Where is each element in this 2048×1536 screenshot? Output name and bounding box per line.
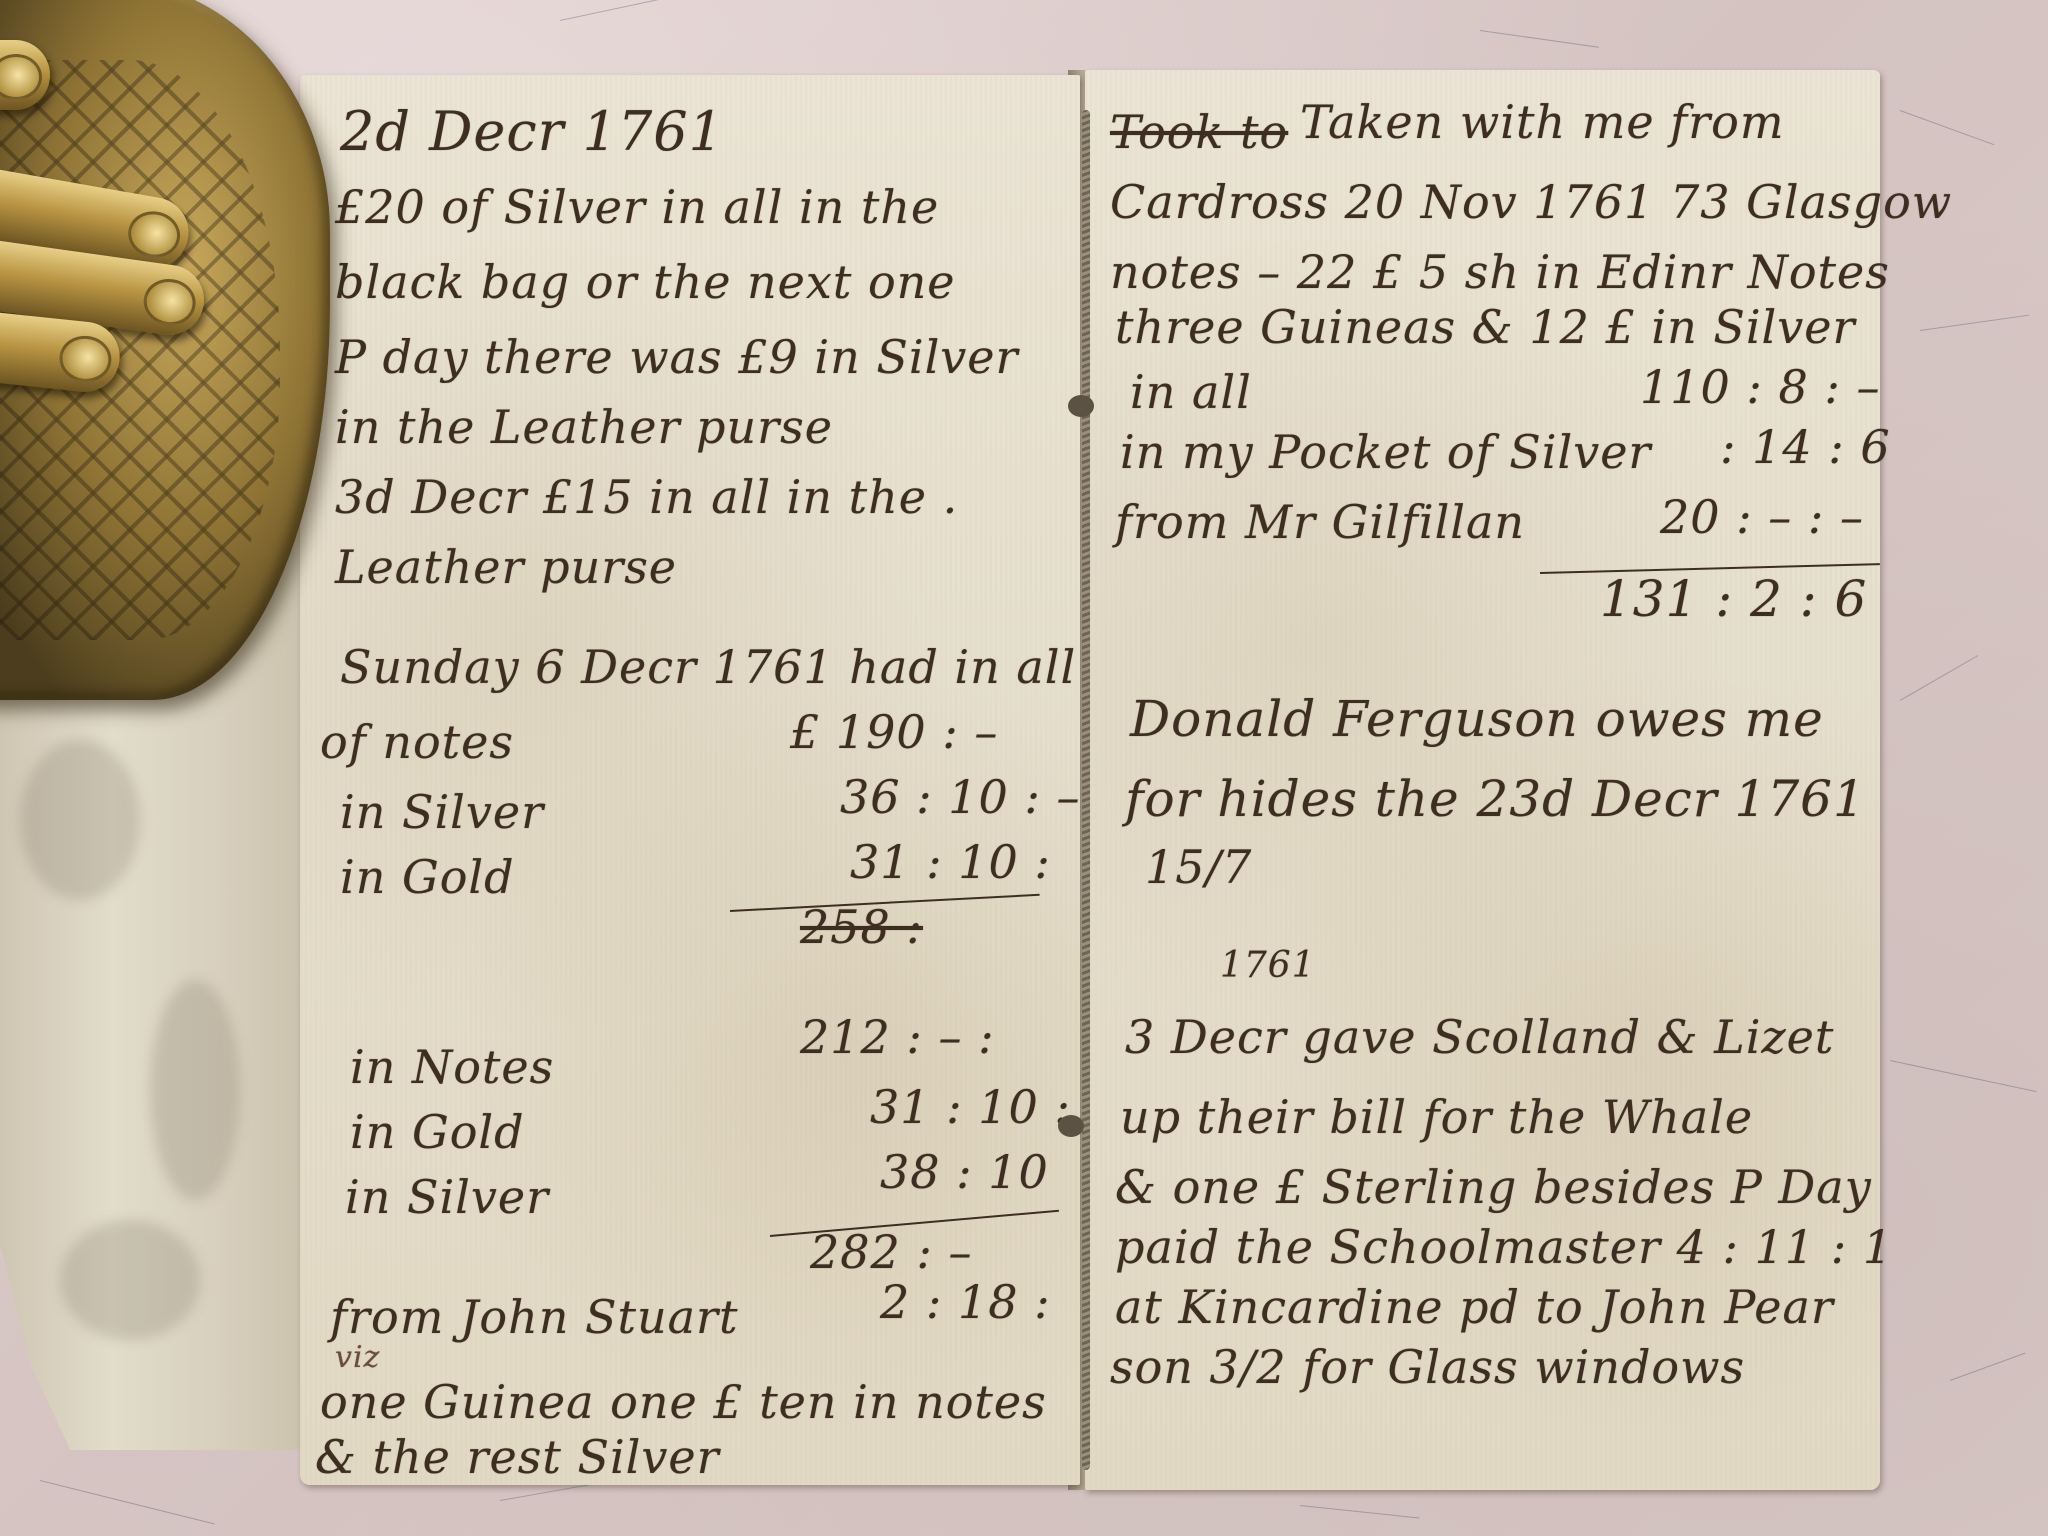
text-line: notes – 22 £ 5 sh in Edinr Notes [1110, 245, 1890, 299]
text-line: up their bill for the Whale [1120, 1090, 1753, 1144]
text-line: three Guineas & 12 £ in Silver [1115, 300, 1855, 354]
ledger-amount: 212 : – : [800, 1010, 995, 1064]
text-line: P day there was £9 in Silver [335, 330, 1019, 384]
ledger-label: in Silver [340, 785, 544, 839]
text-line: son 3/2 for Glass windows [1110, 1340, 1745, 1394]
text-line: viz [335, 1340, 380, 1375]
ledger-total: 258 : [800, 900, 923, 954]
text-line: Taken with me from [1300, 95, 1785, 149]
text-line: Cardross 20 Nov 1761 73 Glasgow [1110, 175, 1952, 229]
ledger-label: in Silver [345, 1170, 549, 1224]
text-line: 3d Decr £15 in all in the . [335, 470, 958, 524]
ledger-label: in all [1130, 365, 1252, 419]
ledger-label: in Gold [350, 1105, 525, 1159]
ledger-total: 131 : 2 : 6 [1600, 570, 1867, 628]
text-line: paid the Schoolmaster 4 : 11 : 1 [1115, 1220, 1893, 1274]
text-line: & the rest Silver [315, 1430, 720, 1484]
text-line: 3 Decr gave Scolland & Lizet [1125, 1010, 1834, 1064]
ledger-label: of notes [320, 715, 514, 769]
entry-date: 2d Decr 1761 [340, 100, 724, 163]
ledger-amount: 31 : 10 : [850, 835, 1051, 889]
ledger-total: 282 : – [810, 1225, 973, 1279]
ledger-label: in my Pocket of Silver [1120, 425, 1651, 479]
text-line: from John Stuart [330, 1290, 738, 1344]
ledger-amount: 38 : 10 [880, 1145, 1049, 1199]
ledger-amount: 110 : 8 : – [1640, 360, 1881, 414]
text-line: Leather purse [335, 540, 677, 594]
text-line: at Kincardine pd to John Pear [1115, 1280, 1834, 1334]
text-line: one Guinea one £ ten in notes [320, 1375, 1047, 1429]
binding-knot [1058, 1115, 1084, 1137]
ledger-label: from Mr Gilfillan [1115, 495, 1525, 549]
ledger-amount: 2 : 18 : [880, 1275, 1051, 1329]
ledger-amount: : 14 : 6 [1720, 420, 1891, 474]
binding-thread [1082, 110, 1090, 1470]
ledger-amount: 15/7 [1145, 840, 1252, 894]
text-line: Donald Ferguson owes me [1130, 690, 1824, 748]
text-line: & one £ Sterling besides P Day [1115, 1160, 1872, 1214]
ledger-amount: 20 : – : – [1660, 490, 1864, 544]
text-line: for hides the 23d Decr 1761 [1125, 770, 1866, 828]
ledger-amount: £ 190 : – [790, 705, 998, 759]
struck-text: Took to [1110, 105, 1288, 159]
ledger-label: in Notes [350, 1040, 554, 1094]
ledger-amount: 36 : 10 : – [840, 770, 1081, 824]
entry-year: 1761 [1220, 945, 1316, 986]
ledger-label: in Gold [340, 850, 515, 904]
binding-knot [1068, 395, 1094, 417]
text-line: £20 of Silver in all in the [335, 180, 939, 234]
text-line: black bag or the next one [335, 255, 955, 309]
entry-heading: Sunday 6 Decr 1761 had in all [340, 640, 1076, 694]
text-line: in the Leather purse [335, 400, 833, 454]
